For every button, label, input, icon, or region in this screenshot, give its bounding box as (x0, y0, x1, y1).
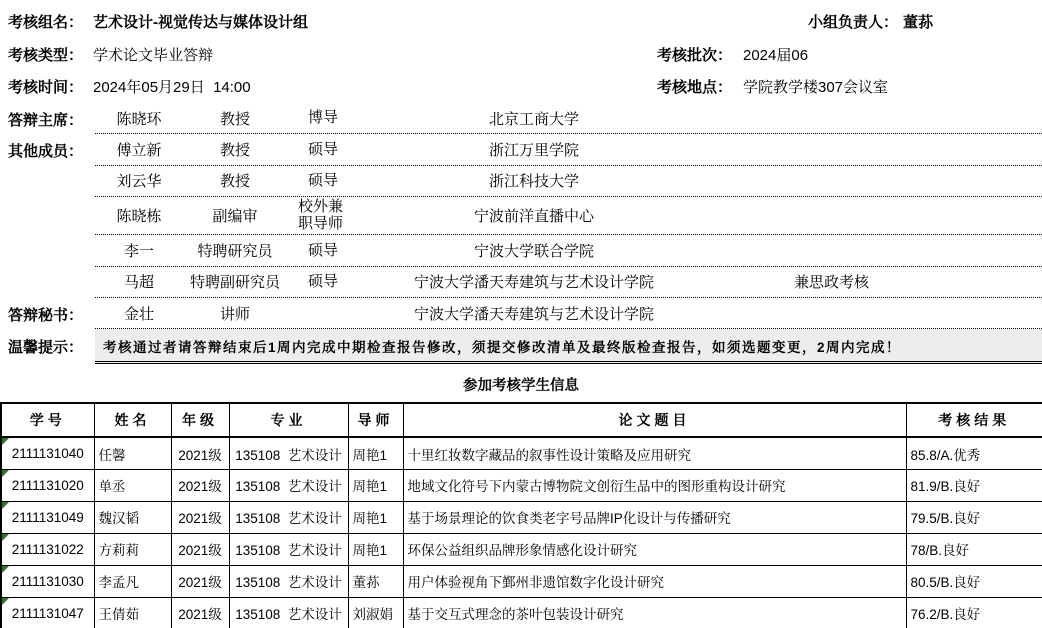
student-result-cell: 76.2/B.良好 (906, 597, 1042, 628)
committee-row: 刘云华教授硕导浙江科技大学 (0, 166, 1042, 197)
assessment-type-label: 考核类型： (8, 44, 83, 65)
member-row-spacer (954, 179, 1042, 183)
student-thesis-cell: 用户体验视角下鄞州非遗馆数字化设计研究 (403, 565, 906, 597)
student-major-cell: 135108 艺术设计 (229, 533, 348, 565)
student-major-cell: 135108 艺术设计 (229, 469, 348, 501)
col-header-thesis: 论文题目 (403, 403, 906, 437)
student-advisor-cell: 周艳1 (348, 533, 403, 565)
student-thesis-cell: 十里红妆数字藏品的叙事性设计策略及应用研究 (403, 437, 906, 469)
committee-row: 其他成员：傅立新教授硕导浙江万里学院 (0, 134, 1042, 165)
header-row-group: 考核组名： 艺术设计-视觉传达与媒体设计组 小组负责人： 董荪 (0, 7, 1042, 40)
member-supervisor-type (287, 303, 359, 324)
excel-corner-marker-icon (2, 566, 9, 573)
member-row-spacer (954, 248, 1042, 252)
committee-row-content: 陈晓栋副编审校外兼职导师宁波前洋直播中心 (95, 197, 1042, 235)
assessment-batch-label: 考核批次： (657, 44, 732, 65)
group-leader-value: 董荪 (903, 11, 933, 32)
student-id: 2111131030 (12, 574, 84, 589)
col-header-name: 姓名 (94, 403, 171, 437)
member-supervisor-type: 硕导 (287, 170, 359, 192)
student-id-cell: 2111131022 (1, 533, 94, 565)
committee-row-content: 傅立新教授硕导浙江万里学院 (95, 134, 1042, 165)
assessment-place-value: 学院教学楼307会议室 (743, 76, 888, 97)
assessment-header: 考核组名： 艺术设计-视觉传达与媒体设计组 小组负责人： 董荪 考核类型： 学术… (0, 0, 1042, 103)
tip-text: 考核通过者请答辩结束后1周内完成中期检查报告修改，须提交修改清单及最终版检查报告… (95, 329, 1042, 364)
excel-corner-marker-icon (2, 438, 9, 445)
committee-role-label: 其他成员： (0, 134, 95, 165)
member-organization: 浙江万里学院 (359, 137, 709, 162)
member-title: 特聘副研究员 (183, 269, 287, 294)
member-organization: 宁波前洋直播中心 (359, 203, 709, 228)
member-row-spacer (954, 214, 1042, 218)
member-organization: 浙江科技大学 (359, 168, 709, 193)
student-id-cell: 2111131049 (1, 501, 94, 533)
member-supervisor-type: 硕导 (287, 240, 359, 262)
member-extra-duty (709, 116, 954, 120)
member-supervisor-type: 博导 (287, 107, 359, 129)
student-row: 2111131049魏汉韬2021级135108 艺术设计周艳1基于场景理论的饮… (1, 501, 1042, 533)
group-leader-label: 小组负责人： (808, 11, 898, 32)
excel-corner-marker-icon (2, 502, 9, 509)
student-id: 2111131020 (12, 478, 84, 493)
member-supervisor-type: 校外兼职导师 (287, 197, 359, 234)
tip-row: 温馨提示： 考核通过者请答辩结束后1周内完成中期检查报告修改，须提交修改清单及最… (0, 329, 1042, 364)
student-row: 2111131040任馨2021级135108 艺术设计周艳1十里红妆数字藏品的… (1, 437, 1042, 469)
col-header-student-id: 学号 (1, 403, 94, 437)
student-advisor-cell: 刘淑娟 (348, 597, 403, 628)
header-row-type: 考核类型： 学术论文毕业答辩 考核批次： 2024届06 (0, 40, 1042, 73)
student-grade-cell: 2021级 (171, 597, 229, 628)
member-name: 傅立新 (95, 137, 183, 162)
col-header-grade: 年级 (171, 403, 229, 437)
member-name: 刘云华 (95, 168, 183, 193)
assessment-time-value: 2024年05月29日 14:00 (93, 76, 251, 97)
student-advisor-cell: 董荪 (348, 565, 403, 597)
student-id: 2111131040 (12, 446, 84, 461)
student-grade-cell: 2021级 (171, 565, 229, 597)
member-extra-duty (709, 148, 954, 152)
committee-role-label: 答辩主席： (0, 103, 95, 134)
committee-role-label (0, 197, 95, 235)
group-name-label: 考核组名： (8, 11, 83, 32)
excel-corner-marker-icon (2, 470, 9, 477)
member-extra-duty: 兼思政考核 (709, 269, 954, 294)
member-name: 陈晓栋 (95, 203, 183, 228)
student-row: 2111131022方莉莉2021级135108 艺术设计周艳1环保公益组织品牌… (1, 533, 1042, 565)
assessment-place-label: 考核地点： (657, 76, 732, 97)
student-name-cell: 王倩茹 (94, 597, 171, 628)
committee-row: 李一特聘研究员硕导宁波大学联合学院 (0, 235, 1042, 266)
member-title: 教授 (183, 137, 287, 162)
member-organization: 宁波大学潘天寿建筑与艺术设计学院 (359, 301, 709, 326)
student-advisor-cell: 周艳1 (348, 501, 403, 533)
student-name-cell: 魏汉韬 (94, 501, 171, 533)
committee-role-label (0, 235, 95, 266)
excel-corner-marker-icon (2, 598, 9, 605)
committee-row-content: 马超特聘副研究员硕导宁波大学潘天寿建筑与艺术设计学院兼思政考核 (95, 267, 1042, 298)
member-organization: 宁波大学联合学院 (359, 238, 709, 263)
col-header-major: 专业 (229, 403, 348, 437)
assessment-time-label: 考核时间： (8, 76, 83, 97)
student-id-cell: 2111131040 (1, 437, 94, 469)
student-result-cell: 85.8/A.优秀 (906, 437, 1042, 469)
member-organization: 北京工商大学 (359, 106, 709, 131)
student-thesis-cell: 基于场景理论的饮食类老字号品牌IP化设计与传播研究 (403, 501, 906, 533)
student-id: 2111131047 (12, 606, 84, 621)
member-name: 金壮 (95, 301, 183, 326)
student-name-cell: 方莉莉 (94, 533, 171, 565)
col-header-result: 考核结果 (906, 403, 1042, 437)
student-grade-cell: 2021级 (171, 501, 229, 533)
student-id: 2111131049 (12, 510, 84, 525)
student-id-cell: 2111131020 (1, 469, 94, 501)
committee-row-content: 陈晓环教授博导北京工商大学 (95, 103, 1042, 134)
committee-row-content: 金壮讲师宁波大学潘天寿建筑与艺术设计学院 (95, 298, 1042, 329)
header-row-time: 考核时间： 2024年05月29日 14:00 考核地点： 学院教学楼307会议… (0, 72, 1042, 105)
committee-role-label (0, 166, 95, 197)
member-extra-duty (709, 248, 954, 252)
committee-role-label (0, 267, 95, 298)
student-advisor-cell: 周艳1 (348, 469, 403, 501)
student-result-cell: 79.5/B.良好 (906, 501, 1042, 533)
student-row: 2111131020单丞2021级135108 艺术设计周艳1地域文化符号下内蒙… (1, 469, 1042, 501)
committee-row-content: 刘云华教授硕导浙江科技大学 (95, 166, 1042, 197)
student-thesis-cell: 基于交互式理念的茶叶包装设计研究 (403, 597, 906, 628)
group-name-value: 艺术设计-视觉传达与媒体设计组 (93, 11, 308, 32)
committee-row: 答辩秘书：金壮讲师宁波大学潘天寿建筑与艺术设计学院 (0, 298, 1042, 329)
student-result-cell: 78/B.良好 (906, 533, 1042, 565)
committee-section: 答辩主席：陈晓环教授博导北京工商大学其他成员：傅立新教授硕导浙江万里学院刘云华教… (0, 103, 1042, 329)
student-result-cell: 81.9/B.良好 (906, 469, 1042, 501)
member-title: 讲师 (183, 301, 287, 326)
member-name: 李一 (95, 238, 183, 263)
member-organization: 宁波大学潘天寿建筑与艺术设计学院 (359, 269, 709, 294)
excel-corner-marker-icon (2, 534, 9, 541)
student-grade-cell: 2021级 (171, 469, 229, 501)
member-row-spacer (954, 148, 1042, 152)
student-thesis-cell: 环保公益组织品牌形象情感化设计研究 (403, 533, 906, 565)
student-grade-cell: 2021级 (171, 533, 229, 565)
committee-row: 陈晓栋副编审校外兼职导师宁波前洋直播中心 (0, 197, 1042, 235)
assessment-batch-value: 2024届06 (743, 44, 808, 65)
students-table: 学号 姓名 年级 专业 导师 论文题目 考核结果 2111131040任馨202… (0, 402, 1042, 628)
committee-row-content: 李一特聘研究员硕导宁波大学联合学院 (95, 235, 1042, 266)
member-extra-duty (709, 311, 954, 315)
assessment-type-value: 学术论文毕业答辩 (93, 44, 213, 65)
student-major-cell: 135108 艺术设计 (229, 501, 348, 533)
student-name-cell: 单丞 (94, 469, 171, 501)
col-header-advisor: 导师 (348, 403, 403, 437)
student-id-cell: 2111131047 (1, 597, 94, 628)
student-thesis-cell: 地域文化符号下内蒙古博物院文创衍生品中的图形重构设计研究 (403, 469, 906, 501)
member-row-spacer (954, 311, 1042, 315)
committee-row: 马超特聘副研究员硕导宁波大学潘天寿建筑与艺术设计学院兼思政考核 (0, 267, 1042, 298)
student-result-cell: 80.5/B.良好 (906, 565, 1042, 597)
student-row: 2111131047王倩茹2021级135108 艺术设计刘淑娟基于交互式理念的… (1, 597, 1042, 628)
student-name-cell: 任馨 (94, 437, 171, 469)
tip-label: 温馨提示： (0, 329, 95, 364)
member-name: 陈晓环 (95, 106, 183, 131)
student-major-cell: 135108 艺术设计 (229, 565, 348, 597)
member-extra-duty (709, 214, 954, 218)
student-grade-cell: 2021级 (171, 437, 229, 469)
member-row-spacer (954, 116, 1042, 120)
student-row: 2111131030李孟凡2021级135108 艺术设计董荪用户体验视角下鄞州… (1, 565, 1042, 597)
member-extra-duty (709, 179, 954, 183)
student-name-cell: 李孟凡 (94, 565, 171, 597)
member-title: 教授 (183, 106, 287, 131)
member-row-spacer (954, 280, 1042, 284)
member-supervisor-type: 硕导 (287, 139, 359, 161)
student-id: 2111131022 (12, 542, 84, 557)
student-major-cell: 135108 艺术设计 (229, 597, 348, 628)
committee-role-label: 答辩秘书： (0, 298, 95, 329)
student-advisor-cell: 周艳1 (348, 437, 403, 469)
students-table-title: 参加考核学生信息 (0, 374, 1042, 395)
member-title: 教授 (183, 168, 287, 193)
member-supervisor-type: 硕导 (287, 271, 359, 293)
member-title: 副编审 (183, 203, 287, 228)
committee-row: 答辩主席：陈晓环教授博导北京工商大学 (0, 103, 1042, 134)
students-header-row: 学号 姓名 年级 专业 导师 论文题目 考核结果 (1, 403, 1042, 437)
student-major-cell: 135108 艺术设计 (229, 437, 348, 469)
member-name: 马超 (95, 269, 183, 294)
student-id-cell: 2111131030 (1, 565, 94, 597)
member-title: 特聘研究员 (183, 238, 287, 263)
